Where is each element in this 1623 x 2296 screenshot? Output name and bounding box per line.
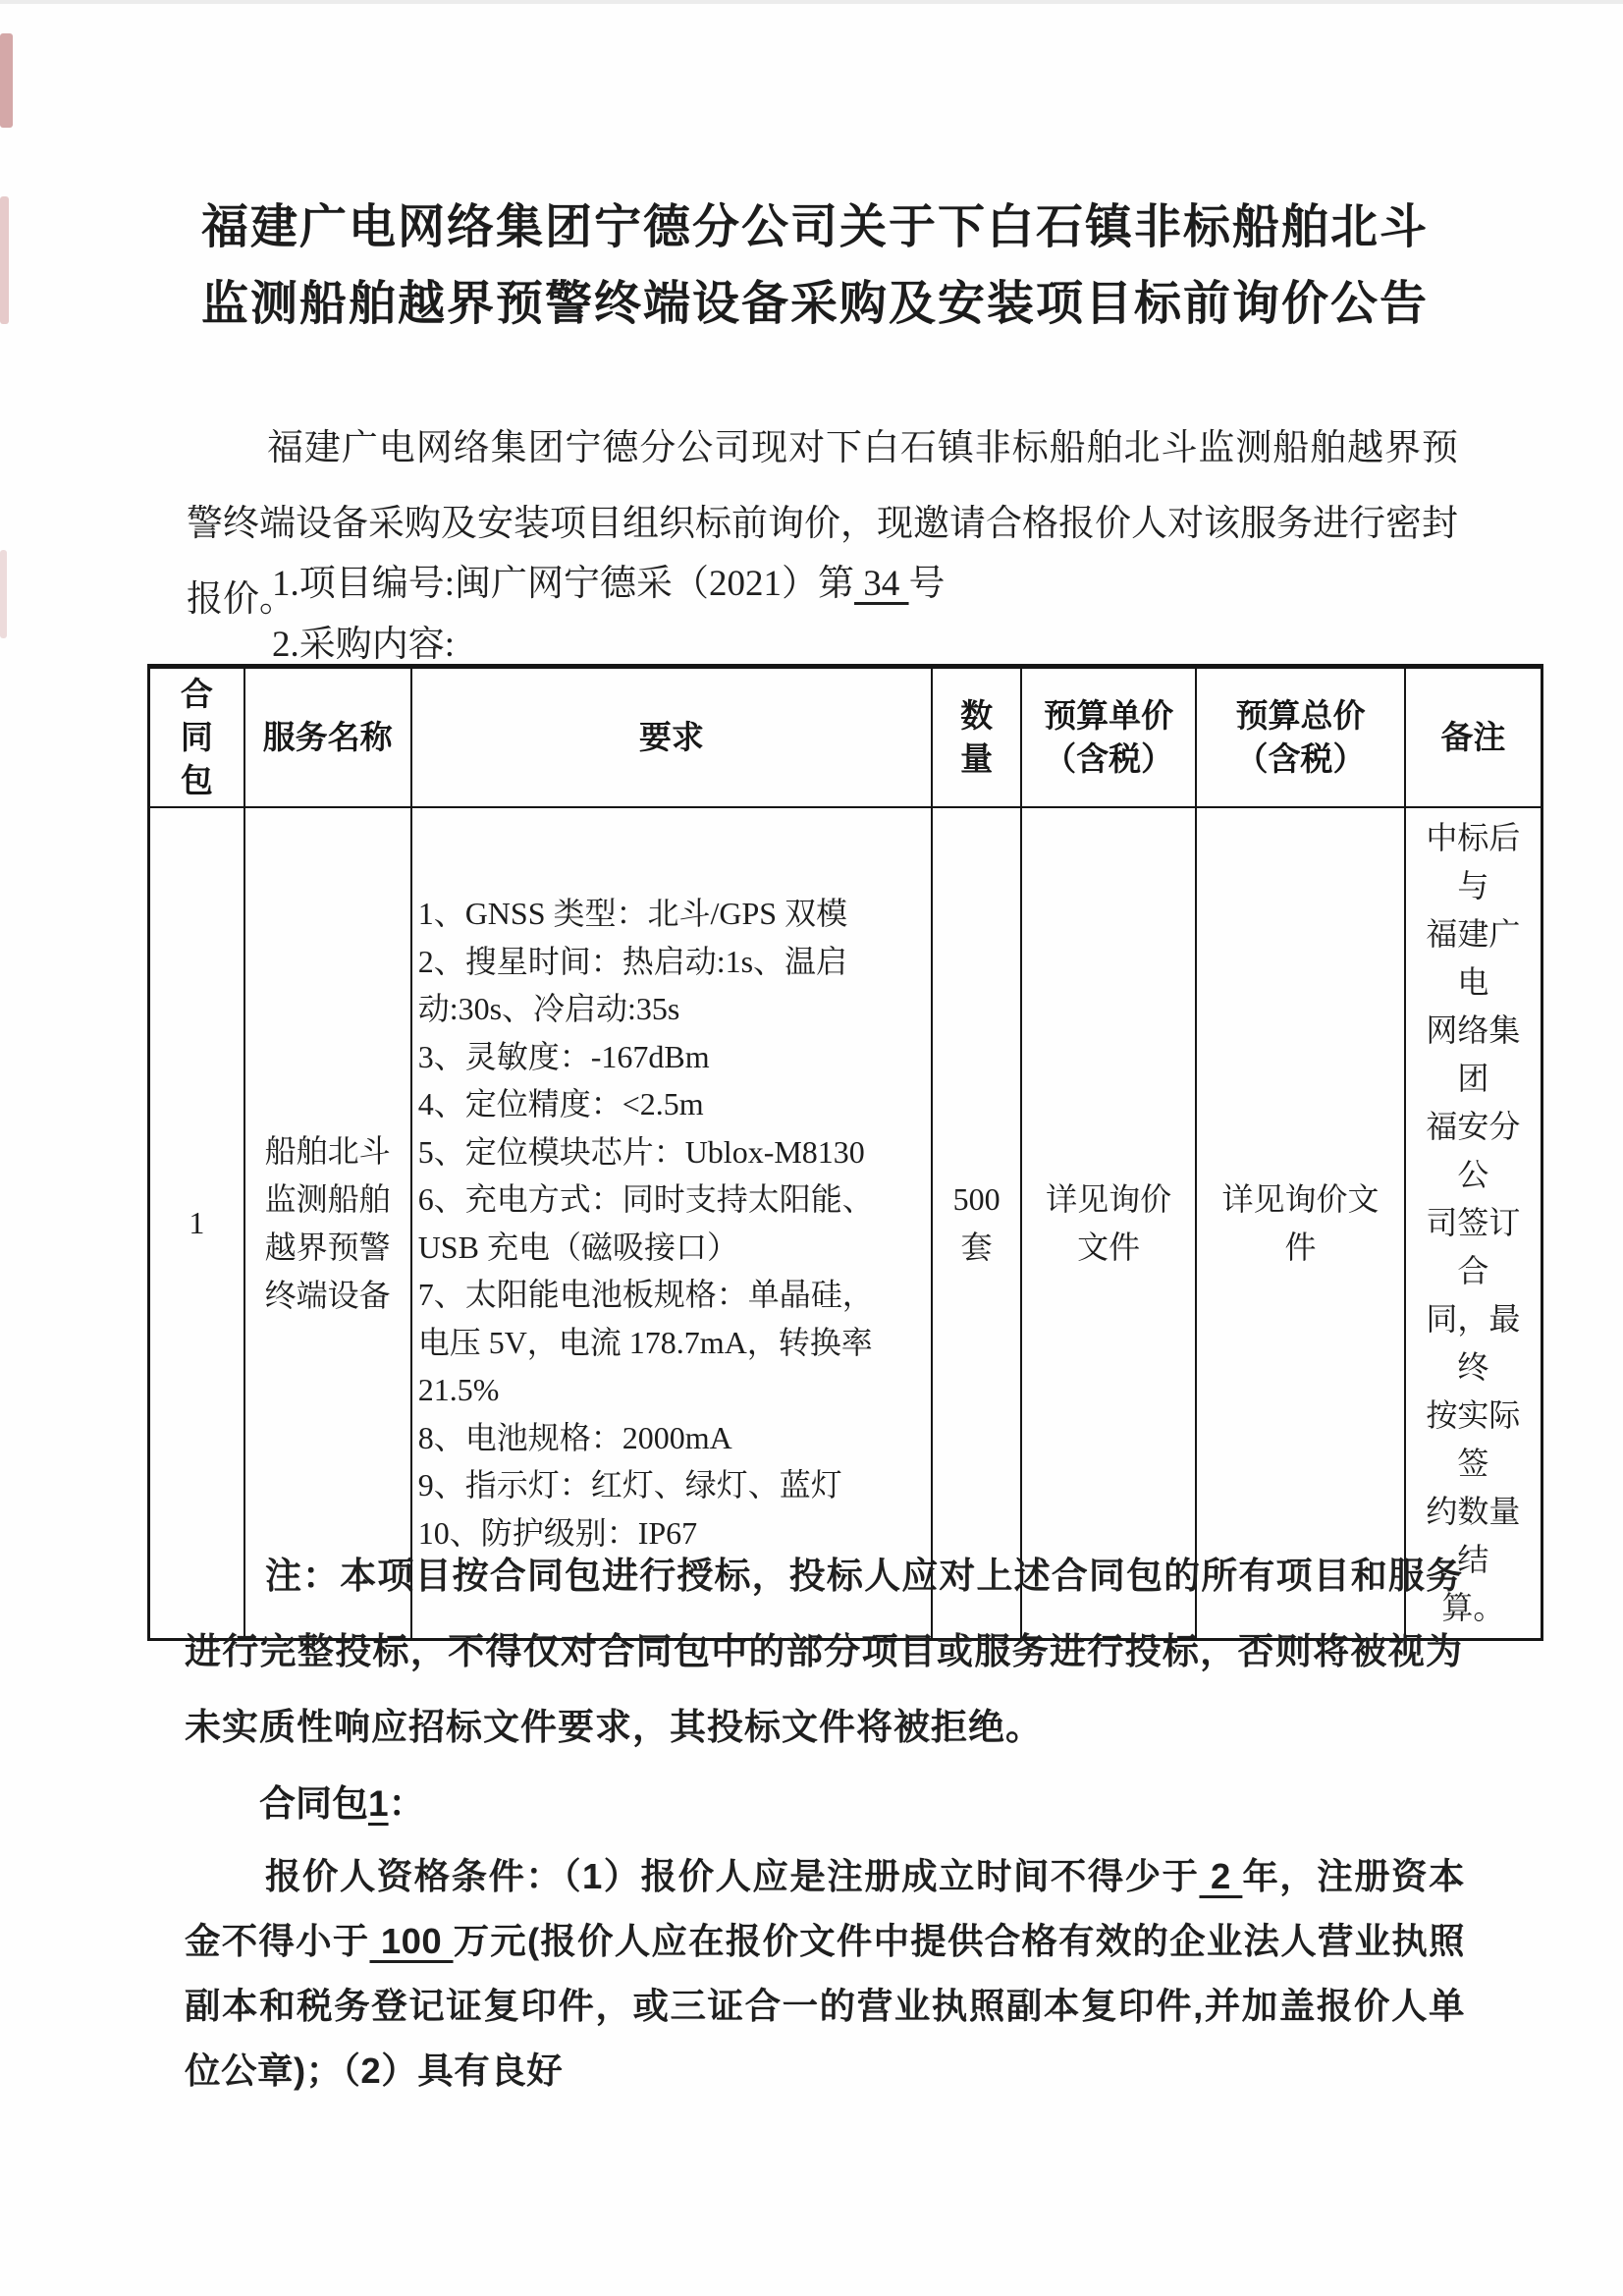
header-contract-package: 合 同 包 bbox=[149, 667, 244, 808]
text-segment: 号 bbox=[909, 564, 946, 604]
underlined-value: 2 bbox=[1199, 1856, 1242, 1896]
scan-smudge bbox=[0, 196, 9, 324]
underlined-value: 1 bbox=[368, 1783, 389, 1824]
header-remark: 备注 bbox=[1405, 667, 1542, 808]
package-heading: 合同包1： bbox=[259, 1774, 425, 1827]
text-segment: 报价人资格条件：（1）报价人应是注册成立时间不得少于 bbox=[265, 1856, 1199, 1896]
document-page: 福建广电网络集团宁德分公司关于下白石镇非标船舶北斗 监测船舶越界预警终端设备采购… bbox=[0, 0, 1623, 2296]
header-unit-price: 预算单价 （含税） bbox=[1021, 667, 1196, 808]
cell-quantity: 500 套 bbox=[932, 807, 1021, 1640]
text-segment: 合同包 bbox=[259, 1783, 368, 1824]
underlined-value: 34 bbox=[854, 564, 909, 604]
header-quantity: 数 量 bbox=[932, 667, 1021, 808]
note-paragraph: 注：本项目按合同包进行授标，投标人应对上述合同包的所有项目和服务进行完整投标，不… bbox=[185, 1538, 1463, 1765]
cell-contract-package: 1 bbox=[149, 807, 244, 1640]
purchase-content-heading: 2.采购内容: bbox=[272, 623, 455, 668]
cell-remark: 中标后与 福建广电 网络集团 福安分公 司签订合 同，最终 按实际签 约数量结 … bbox=[1405, 807, 1542, 1640]
cell-unit-price: 详见询价 文件 bbox=[1021, 807, 1196, 1640]
header-service-name: 服务名称 bbox=[244, 667, 411, 808]
cell-total-price: 详见询价文 件 bbox=[1196, 807, 1405, 1640]
scan-top-edge bbox=[0, 0, 1623, 4]
page-title-line-2: 监测船舶越界预警终端设备采购及安装项目标前询价公告 bbox=[167, 266, 1463, 343]
text-segment: ： bbox=[389, 1783, 425, 1824]
header-requirement: 要求 bbox=[411, 667, 932, 808]
project-number-line: 1.项目编号:闽广网宁德采（2021）第 34 号 bbox=[272, 562, 946, 607]
text-segment: 1.项目编号:闽广网宁德采（2021）第 bbox=[272, 564, 854, 604]
table-row: 1 船舶北斗 监测船舶 越界预警 终端设备 1、GNSS 类型：北斗/GPS 双… bbox=[149, 807, 1542, 1640]
header-total-price: 预算总价 （含税） bbox=[1196, 667, 1405, 808]
page-title-line-1: 福建广电网络集团宁德分公司关于下白石镇非标船舶北斗 bbox=[167, 190, 1463, 266]
scan-smudge bbox=[0, 33, 13, 128]
page-title: 福建广电网络集团宁德分公司关于下白石镇非标船舶北斗 监测船舶越界预警终端设备采购… bbox=[167, 190, 1463, 343]
procurement-table: 合 同 包 服务名称 要求 数 量 预算单价 （含税） 预算总价 （含税） 备注… bbox=[147, 664, 1543, 1641]
scan-smudge bbox=[0, 550, 7, 638]
cell-requirement: 1、GNSS 类型：北斗/GPS 双模 2、搜星时间：热启动:1s、温启 动:3… bbox=[411, 807, 932, 1640]
qualification-paragraph: 报价人资格条件：（1）报价人应是注册成立时间不得少于 2 年，注册资本金不得小于… bbox=[185, 1844, 1465, 2104]
cell-service-name: 船舶北斗 监测船舶 越界预警 终端设备 bbox=[244, 807, 411, 1640]
table-header-row: 合 同 包 服务名称 要求 数 量 预算单价 （含税） 预算总价 （含税） 备注 bbox=[149, 667, 1542, 808]
underlined-value: 100 bbox=[369, 1921, 453, 1961]
